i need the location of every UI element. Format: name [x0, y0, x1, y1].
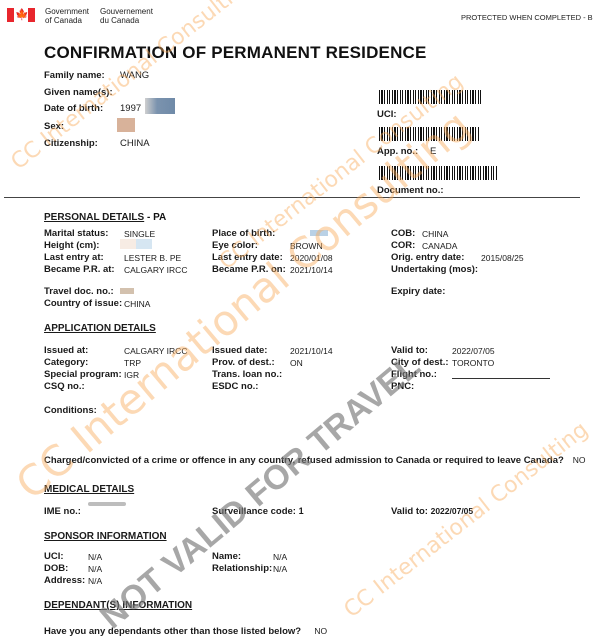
sponsor-info-heading: SPONSOR INFORMATION [44, 531, 167, 542]
document-title: CONFIRMATION OF PERMANENT RESIDENCE [44, 43, 427, 63]
issued-at-label: Issued at: [44, 345, 88, 356]
flight-no-line [452, 378, 550, 379]
document-no-label: Document no.: [377, 185, 444, 196]
uci-label: UCI: [377, 109, 397, 120]
uci-barcode [379, 90, 481, 104]
document-no-barcode [379, 166, 497, 180]
pnc-label: PNC: [391, 381, 414, 392]
became-pr-at-value: CALGARY IRCC [124, 265, 187, 275]
valid-to-label: Valid to: [391, 345, 428, 356]
issued-at-value: CALGARY IRCC [124, 346, 187, 356]
dependants-question: Have you any dependants other than those… [44, 621, 327, 638]
cor-value: CANADA [422, 241, 457, 251]
trans-loan-label: Trans. loan no.: [212, 369, 282, 380]
sponsor-uci-label: UCI: [44, 551, 64, 562]
canada-flag-icon: 🍁 [7, 8, 35, 22]
sponsor-address-label: Address: [44, 575, 85, 586]
last-entry-date-value: 2020/01/08 [290, 253, 333, 263]
personal-details-heading: PERSONAL DETAILS - PA [44, 207, 166, 225]
issued-date-label: Issued date: [212, 345, 267, 356]
became-pr-at-label: Became P.R. at: [44, 264, 115, 275]
marital-status-value: SINGLE [124, 229, 155, 239]
orig-entry-date-value: 2015/08/25 [481, 253, 524, 263]
citizenship-value: CHINA [120, 138, 150, 149]
app-no-value: E [430, 146, 436, 157]
redaction-mark [145, 98, 175, 114]
sponsor-dob-label: DOB: [44, 563, 68, 574]
given-names-label: Given name(s): [44, 87, 113, 98]
header-divider [4, 197, 580, 198]
country-of-issue-value: CHINA [124, 299, 150, 309]
redaction-mark [120, 288, 134, 294]
app-no-label: App. no.: [377, 146, 418, 157]
country-of-issue-label: Country of issue: [44, 298, 122, 309]
redaction-mark [117, 118, 135, 132]
gov-fr-wordmark: Gouvernementdu Canada [100, 7, 153, 25]
sponsor-name-label: Name: [212, 551, 241, 562]
sponsor-dob-value: N/A [88, 564, 102, 574]
category-value: TRP [124, 358, 141, 368]
redaction-mark [88, 502, 126, 506]
conditions-label: Conditions: [44, 405, 97, 416]
valid-to-value: 2022/07/05 [452, 346, 495, 356]
flight-no-label: Flight no.: [391, 369, 437, 380]
family-name-value: WANG [120, 70, 149, 81]
city-dest-label: City of dest.: [391, 357, 449, 368]
csq-label: CSQ no.: [44, 381, 85, 392]
special-program-value: IGR [124, 370, 139, 380]
surveillance-code-label: Surveillance code: 1 [212, 506, 304, 517]
last-entry-at-label: Last entry at: [44, 252, 104, 263]
place-of-birth-label: Place of birth: [212, 228, 275, 239]
citizenship-label: Citizenship: [44, 138, 98, 149]
expiry-date-label: Expiry date: [391, 286, 445, 297]
sponsor-relationship-label: Relationship: [212, 563, 272, 574]
dob-value: 1997 [120, 103, 141, 114]
medical-details-heading: MEDICAL DETAILS [44, 484, 134, 495]
dependants-info-heading: DEPENDANT(S) INFORMATION [44, 600, 192, 611]
app-no-barcode [379, 127, 479, 141]
prov-dest-label: Prov. of dest.: [212, 357, 275, 368]
became-pr-on-value: 2021/10/14 [290, 265, 333, 275]
city-dest-value: TORONTO [452, 358, 494, 368]
ime-label: IME no.: [44, 506, 81, 517]
cor-label: COR: [391, 240, 415, 251]
redaction-mark [120, 239, 152, 249]
application-details-heading: APPLICATION DETAILS [44, 323, 156, 334]
sponsor-uci-value: N/A [88, 552, 102, 562]
travel-doc-label: Travel doc. no.: [44, 286, 114, 297]
sponsor-relationship-value: N/A [273, 564, 287, 574]
special-program-label: Special program: [44, 369, 122, 380]
medical-valid-to: Valid to: 2022/07/05 [391, 506, 473, 517]
prov-dest-value: ON [290, 358, 303, 368]
sex-label: Sex: [44, 121, 64, 132]
sponsor-name-value: N/A [273, 552, 287, 562]
criminal-question: Charged/convicted of a crime or offence … [44, 450, 585, 468]
last-entry-at-value: LESTER B. PE [124, 253, 181, 263]
dob-label: Date of birth: [44, 103, 103, 114]
height-label: Height (cm): [44, 240, 99, 251]
protected-label: PROTECTED WHEN COMPLETED - B [461, 13, 593, 22]
eye-color-value: BROWN [290, 241, 323, 251]
esdc-label: ESDC no.: [212, 381, 258, 392]
cob-value: CHINA [422, 229, 448, 239]
last-entry-date-label: Last entry date: [212, 252, 283, 263]
redaction-mark [310, 230, 328, 236]
cob-label: COB: [391, 228, 415, 239]
gov-en-wordmark: Governmentof Canada [45, 7, 89, 25]
not-valid-watermark: NOT VALID FOR TRAVEL [93, 347, 428, 637]
category-label: Category: [44, 357, 88, 368]
eye-color-label: Eye color: [212, 240, 258, 251]
consultant-watermark: CC International Consulting [340, 417, 593, 623]
marital-status-label: Marital status: [44, 228, 108, 239]
sponsor-address-value: N/A [88, 576, 102, 586]
became-pr-on-label: Became P.R. on: [212, 264, 286, 275]
issued-date-value: 2021/10/14 [290, 346, 333, 356]
undertaking-label: Undertaking (mos): [391, 264, 478, 275]
orig-entry-date-label: Orig. entry date: [391, 252, 464, 263]
family-name-label: Family name: [44, 70, 105, 81]
